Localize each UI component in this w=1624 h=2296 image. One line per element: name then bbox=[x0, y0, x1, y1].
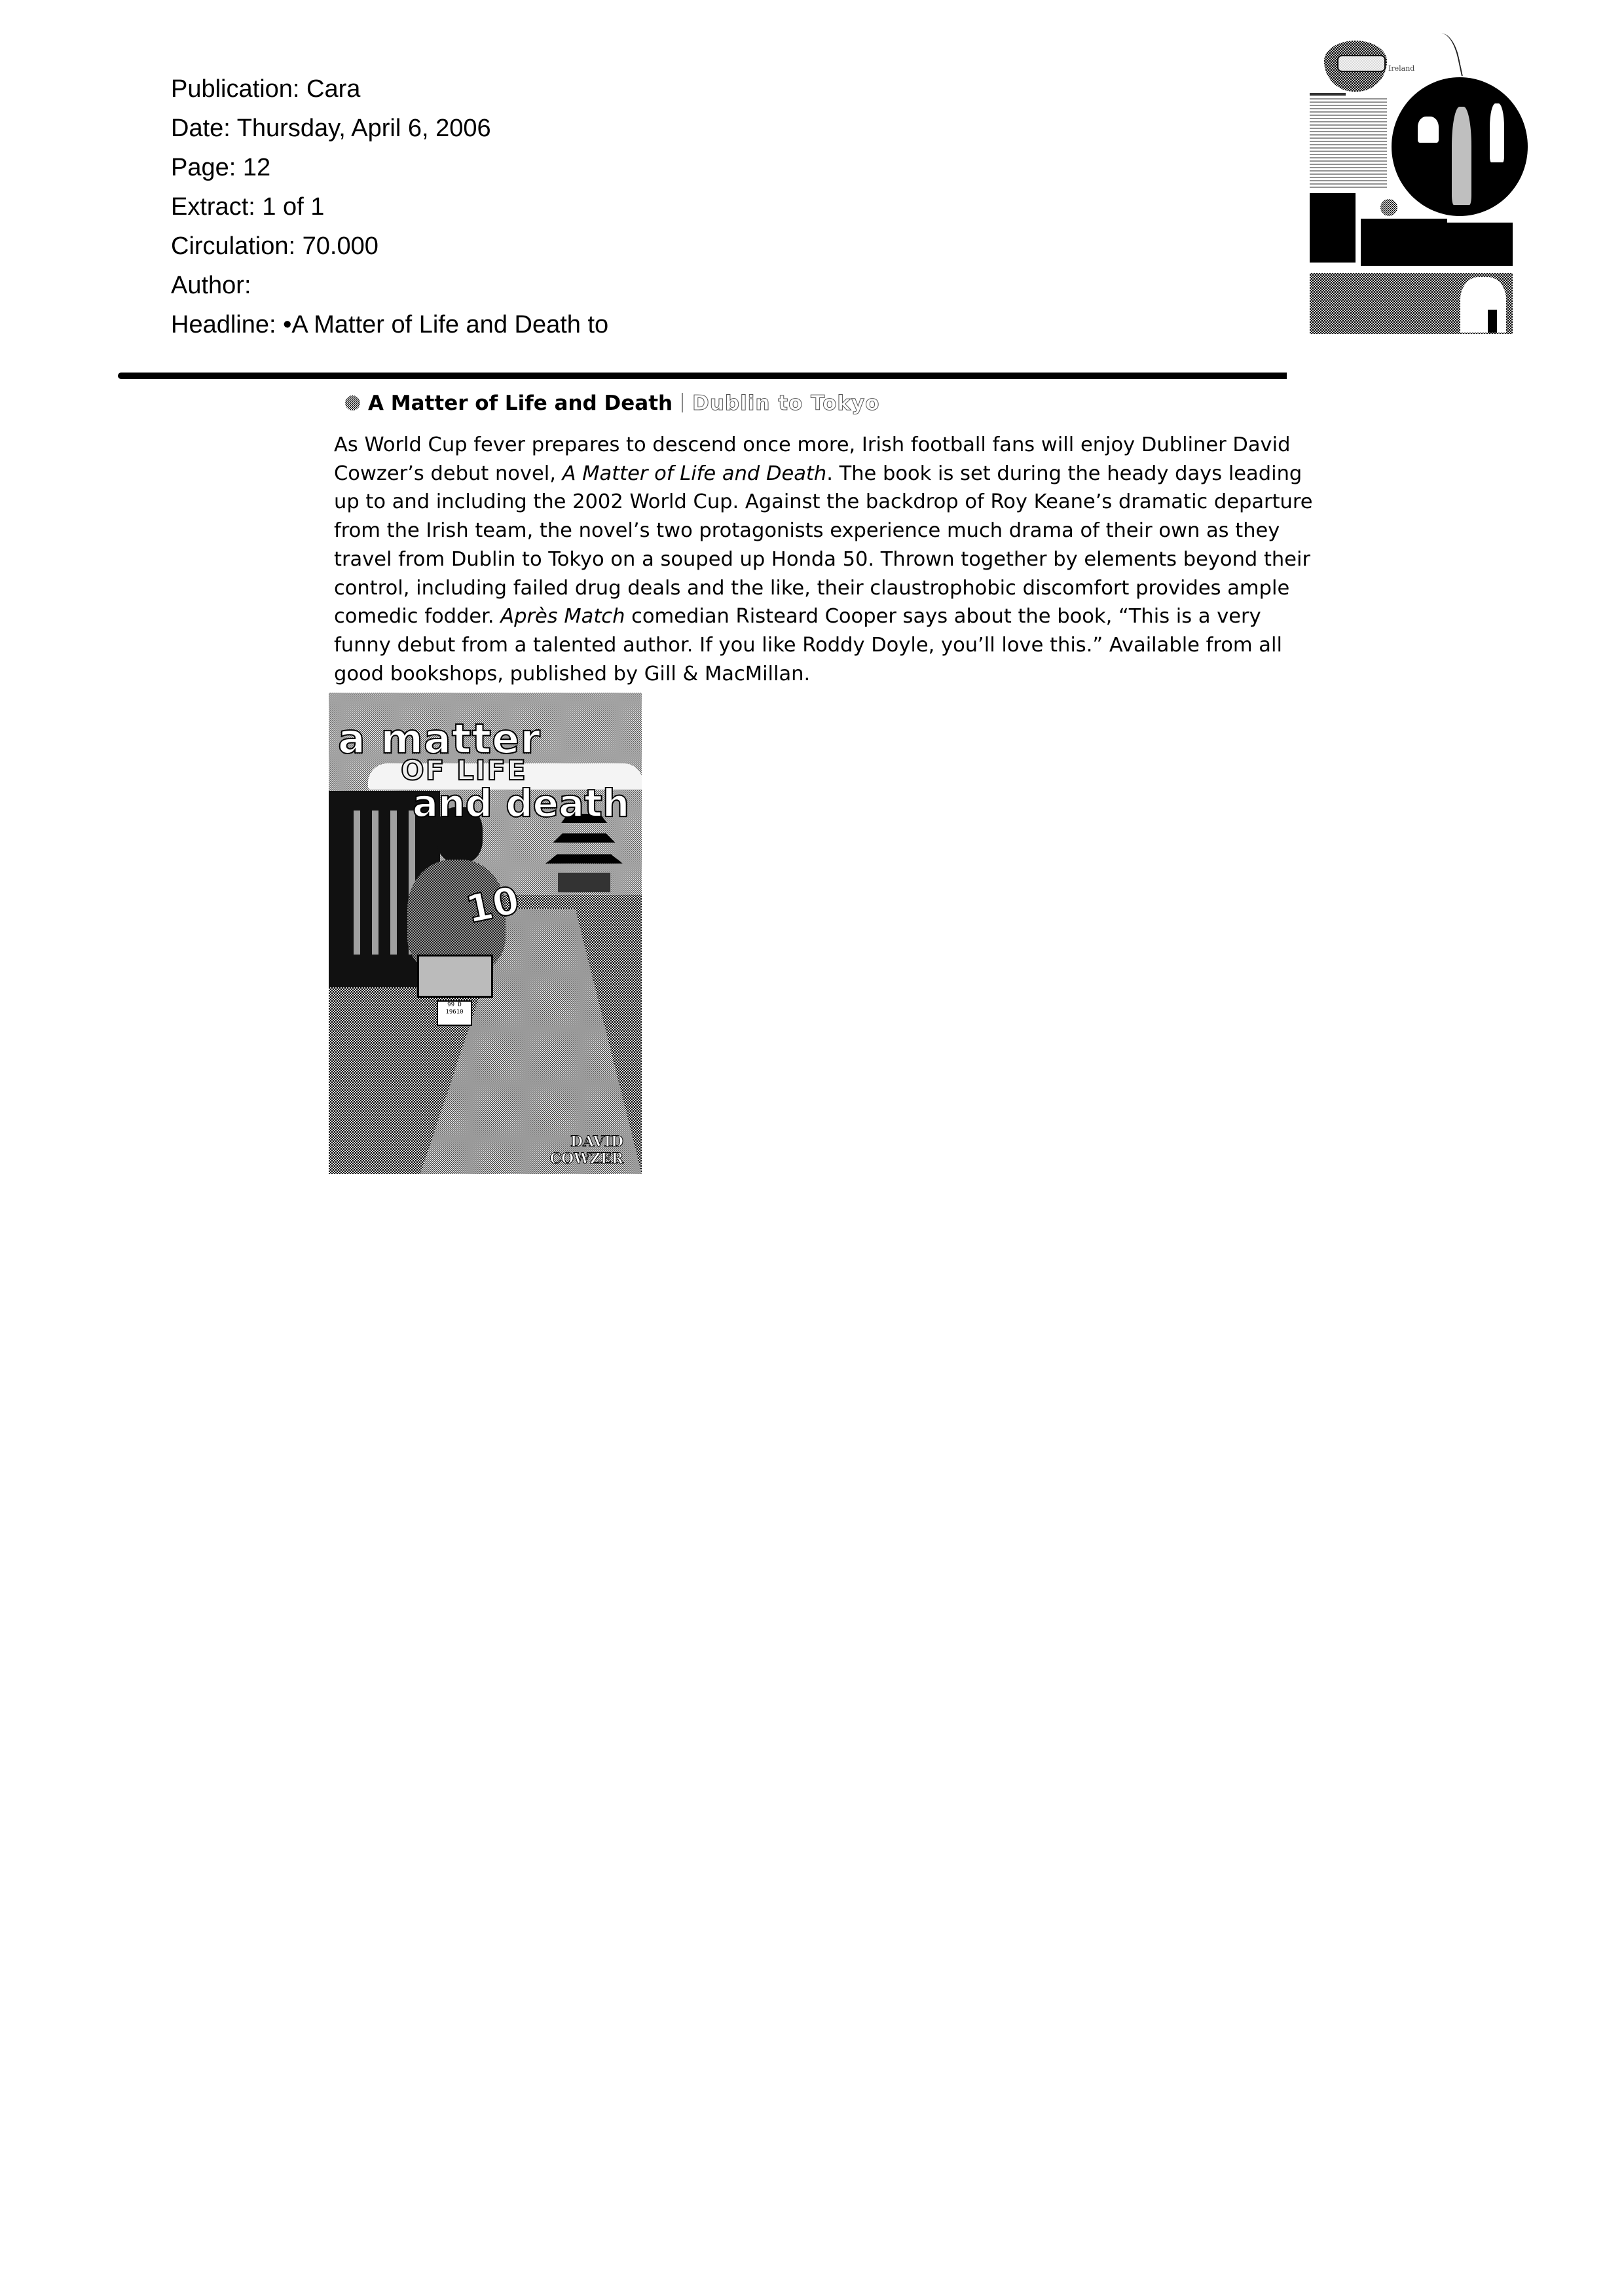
meta-headline: Headline: •A Matter of Life and Death to bbox=[171, 305, 608, 344]
band-member-figure bbox=[1490, 103, 1504, 162]
thumbnail-region-label: Ireland bbox=[1388, 64, 1414, 73]
article-body: As World Cup fever prepares to descend o… bbox=[334, 431, 1408, 688]
body-line: funny debut from a talented author. If y… bbox=[334, 631, 1408, 660]
magazine-logo-word bbox=[1337, 55, 1386, 72]
meta-date: Date: Thursday, April 6, 2006 bbox=[171, 109, 608, 148]
cover-title-line1: a matter bbox=[338, 719, 541, 759]
halftone-circle-icon bbox=[1380, 199, 1397, 216]
body-line: from the Irish team, the novel’s two pro… bbox=[334, 517, 1408, 545]
thumbnail-bottom-photo bbox=[1310, 273, 1513, 334]
body-line: As World Cup fever prepares to descend o… bbox=[334, 431, 1408, 460]
article-heading: A Matter of Life and DeathDublin to Toky… bbox=[345, 390, 880, 416]
band-member-figure bbox=[1452, 107, 1471, 205]
redacted-block bbox=[1361, 223, 1513, 266]
meta-page: Page: 12 bbox=[171, 148, 608, 187]
header-divider bbox=[118, 373, 1287, 379]
decorative-arc bbox=[1433, 31, 1463, 80]
body-line: Cowzer’s debut novel, A Matter of Life a… bbox=[334, 460, 1408, 488]
people-figure bbox=[1460, 277, 1506, 333]
body-line: travel from Dublin to Tokyo on a souped … bbox=[334, 545, 1408, 574]
scooter-box bbox=[417, 955, 493, 998]
band-member-figure bbox=[1418, 117, 1439, 143]
cover-title-line2: OF LIFE bbox=[401, 757, 527, 784]
clipping-metadata: Publication: Cara Date: Thursday, April … bbox=[171, 69, 608, 344]
meta-author: Author: bbox=[171, 266, 608, 305]
cover-author-last: COWZER bbox=[550, 1150, 624, 1167]
cover-author-first: DAVID bbox=[550, 1133, 624, 1150]
book-title-italic: A Matter of Life and Death bbox=[563, 462, 827, 485]
cover-author: DAVID COWZER bbox=[550, 1133, 624, 1167]
body-line: good bookshops, published by Gill & MacM… bbox=[334, 660, 1408, 689]
article-subtitle: Dublin to Tokyo bbox=[692, 392, 879, 415]
source-page-thumbnail: Ireland bbox=[1303, 26, 1529, 354]
book-cover-image: 10 99 D 19610 a matter OF LIFE and death… bbox=[329, 693, 642, 1174]
meta-extract: Extract: 1 of 1 bbox=[171, 187, 608, 227]
halftone-bullet-icon bbox=[345, 395, 360, 410]
body-line: up to and including the 2002 World Cup. … bbox=[334, 488, 1408, 517]
article-title: A Matter of Life and Death bbox=[368, 392, 673, 415]
meta-publication: Publication: Cara bbox=[171, 69, 608, 109]
license-plate: 99 D 19610 bbox=[437, 1000, 472, 1026]
redacted-block bbox=[1310, 193, 1356, 263]
band-photo-circle bbox=[1392, 77, 1528, 216]
show-title-italic: Après Match bbox=[500, 605, 625, 628]
body-line: comedic fodder. Après Match comedian Ris… bbox=[334, 602, 1408, 631]
thumbnail-text-column bbox=[1310, 97, 1387, 189]
meta-circulation: Circulation: 70.000 bbox=[171, 227, 608, 266]
cover-title-line3: and death bbox=[413, 784, 629, 822]
body-line: control, including failed drug deals and… bbox=[334, 574, 1408, 603]
heading-separator bbox=[682, 393, 683, 412]
